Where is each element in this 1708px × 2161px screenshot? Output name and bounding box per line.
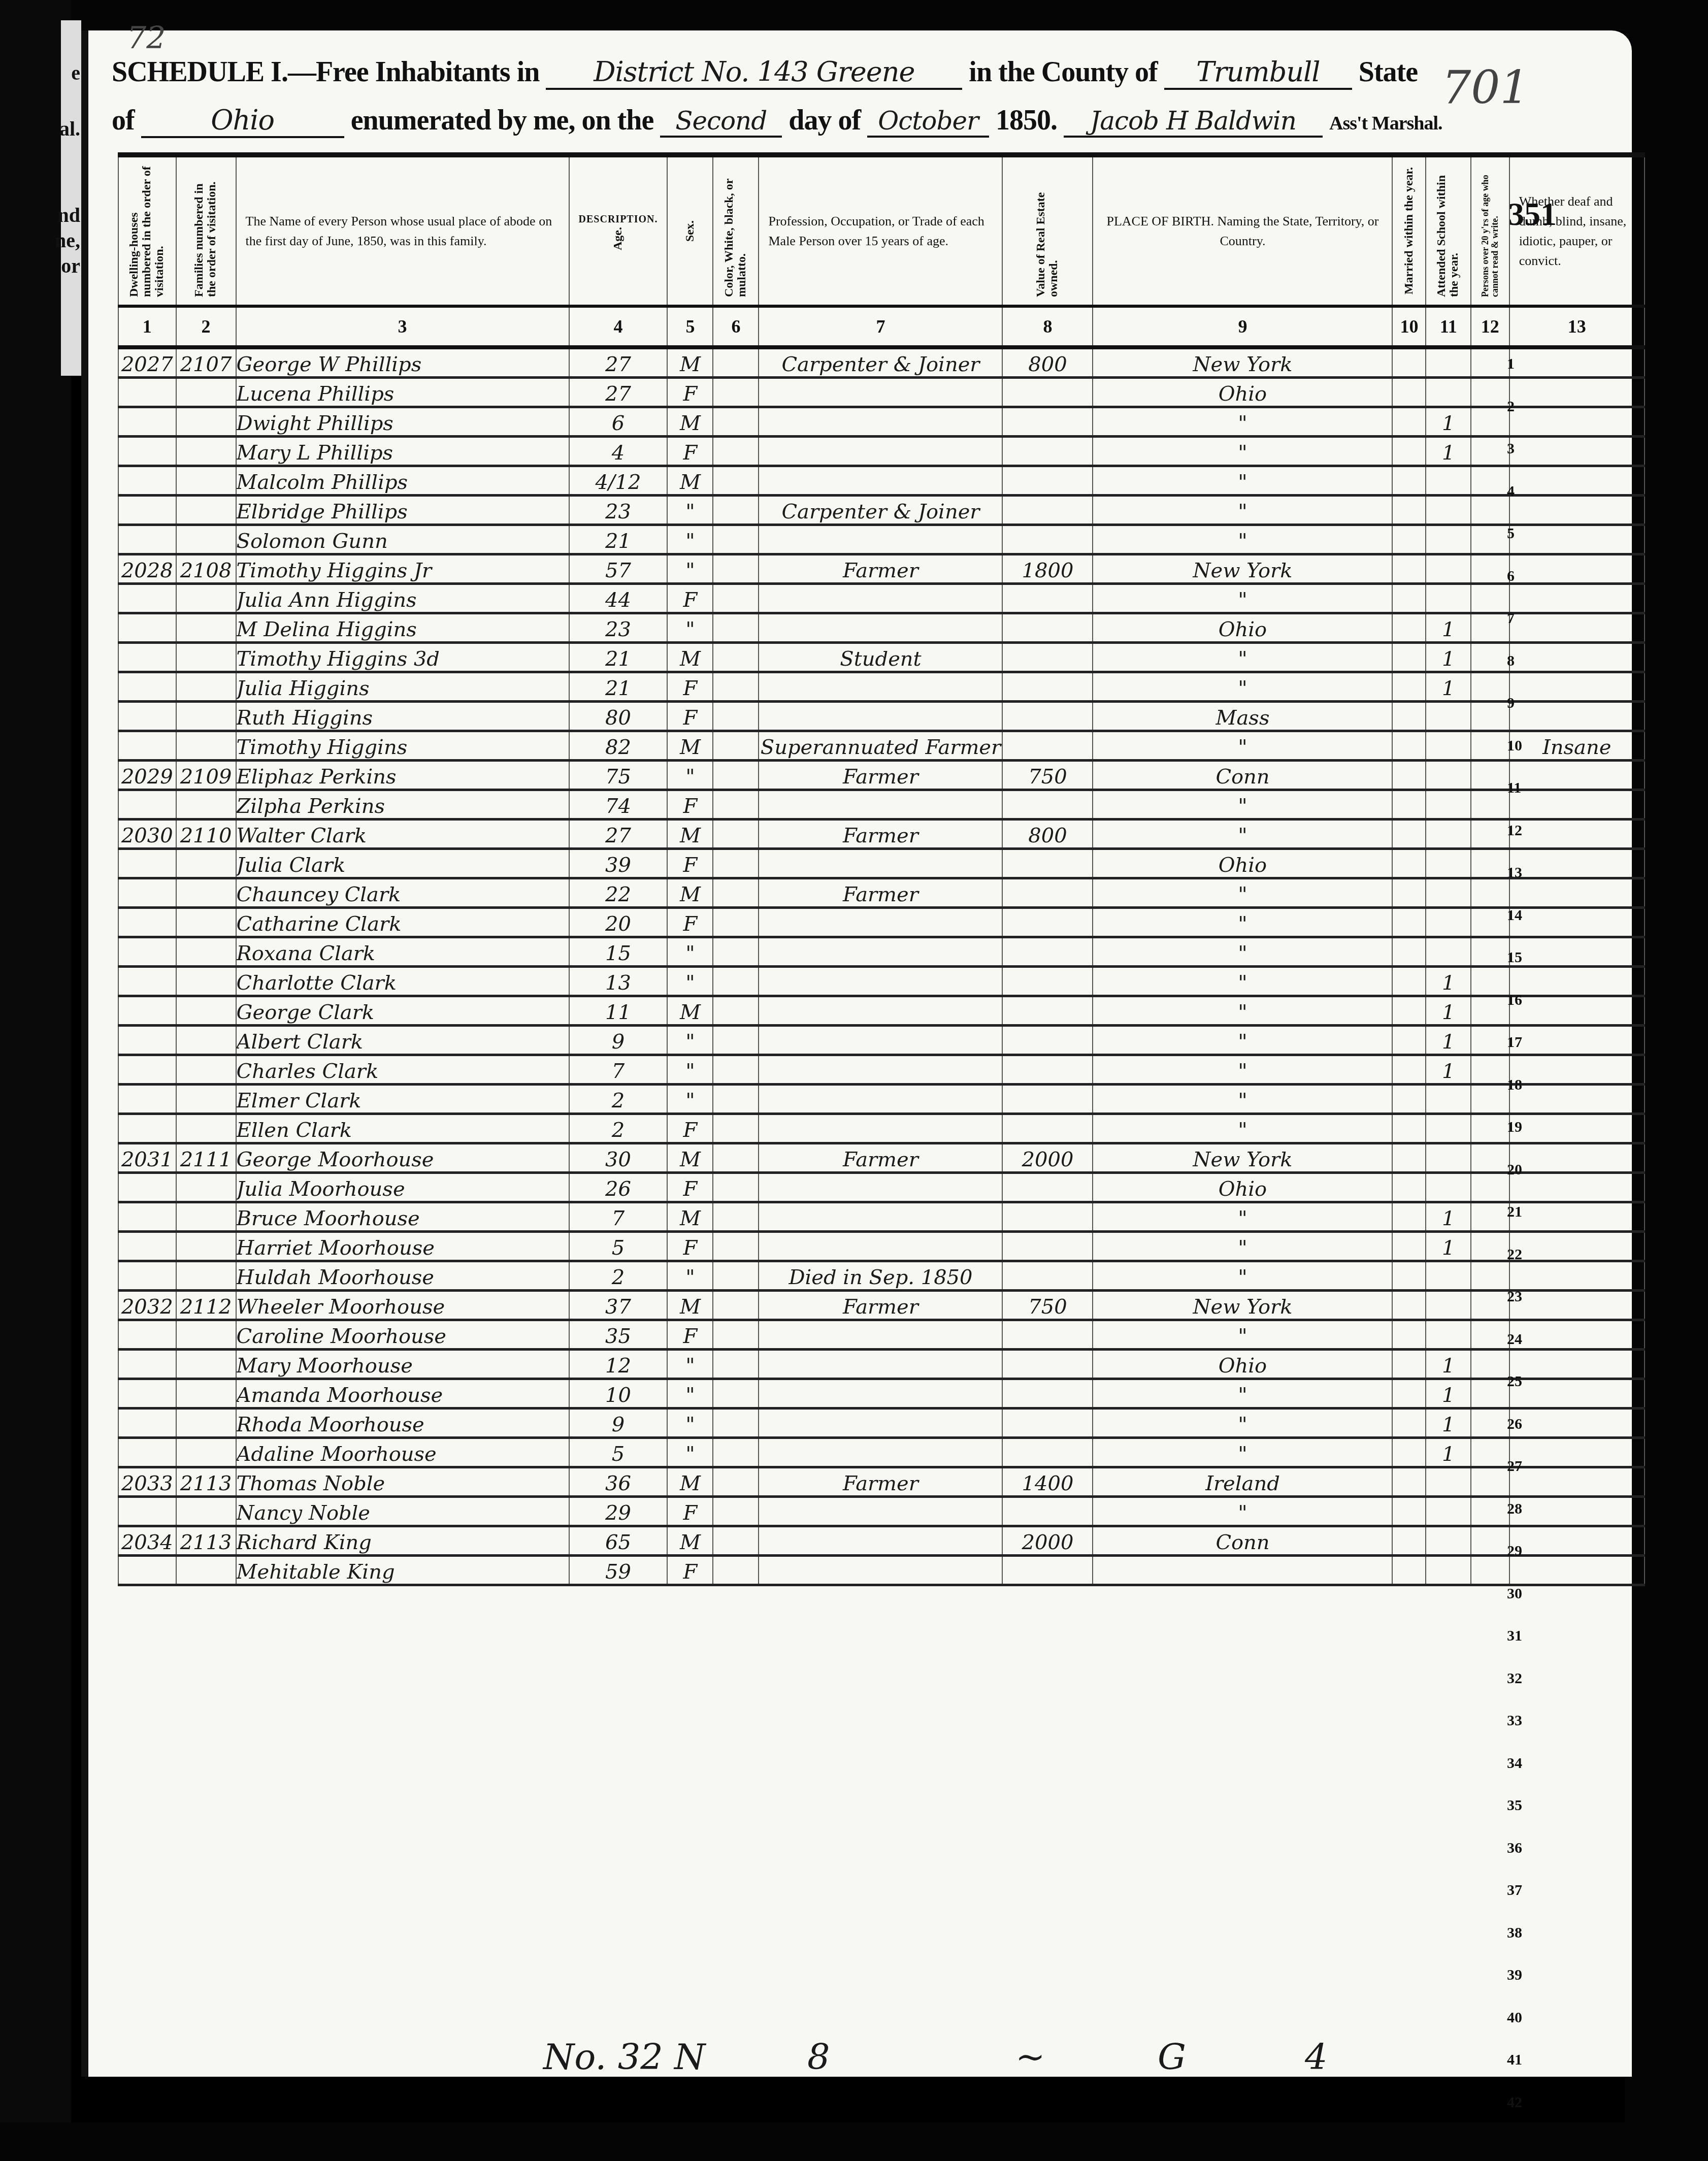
table-row: Lucena Phillips27FOhio <box>118 378 1645 407</box>
cell-sex: F <box>667 849 713 878</box>
cell-sex: " <box>667 496 713 525</box>
cell-condition <box>1509 1202 1645 1232</box>
cell-real-estate <box>1002 937 1093 967</box>
cell-color <box>713 1291 759 1320</box>
cell-age: 2 <box>569 1085 668 1114</box>
cell-occupation <box>759 1232 1002 1261</box>
adjacent-page-fragment: e al. nd ne, or <box>61 20 81 376</box>
scan-border-left <box>0 0 71 2161</box>
cell-real-estate <box>1002 525 1093 554</box>
cell-real-estate <box>1002 1055 1093 1085</box>
cell-sex: F <box>667 437 713 466</box>
cell-married <box>1392 1143 1426 1173</box>
cell-real-estate <box>1002 1379 1093 1409</box>
cell-illiterate <box>1471 1556 1509 1585</box>
cell-dwelling <box>118 1261 176 1291</box>
line-number: 14 <box>1507 907 1522 924</box>
cell-school <box>1426 554 1470 584</box>
cell-color <box>713 1085 759 1114</box>
cell-married <box>1392 702 1426 731</box>
cell-dwelling <box>118 849 176 878</box>
cell-color <box>713 1261 759 1291</box>
cell-family <box>176 1350 236 1379</box>
cell-school <box>1426 1526 1470 1556</box>
cell-dwelling <box>118 613 176 643</box>
col-sex-header: Sex. <box>667 155 713 306</box>
page-corner-mark: 72 <box>127 20 166 56</box>
cell-condition: Insane <box>1509 731 1645 761</box>
cell-illiterate <box>1471 1261 1509 1291</box>
cell-married <box>1392 437 1426 466</box>
cell-name: Adaline Moorhouse <box>236 1438 569 1467</box>
line-number: 29 <box>1507 1543 1522 1560</box>
cell-age: 27 <box>569 347 668 378</box>
table-row: Mehitable King59F <box>118 1556 1645 1585</box>
cell-name: Timothy Higgins <box>236 731 569 761</box>
cell-married <box>1392 1232 1426 1261</box>
cell-condition <box>1509 437 1645 466</box>
cell-sex: F <box>667 378 713 407</box>
col-condition-header: Whether deaf and dumb, blind, insane, id… <box>1509 155 1645 306</box>
cell-birthplace: " <box>1093 496 1392 525</box>
cell-school <box>1426 1291 1470 1320</box>
cell-sex: " <box>667 1055 713 1085</box>
cell-illiterate <box>1471 496 1509 525</box>
table-row: 20312111George Moorhouse30MFarmer2000New… <box>118 1143 1645 1173</box>
cell-illiterate <box>1471 525 1509 554</box>
cell-real-estate <box>1002 731 1093 761</box>
table-row: Chauncey Clark22MFarmer" <box>118 878 1645 908</box>
line-number: 30 <box>1507 1585 1522 1602</box>
cell-age: 2 <box>569 1114 668 1143</box>
cell-dwelling <box>118 731 176 761</box>
cell-condition <box>1509 1261 1645 1291</box>
cell-married <box>1392 1261 1426 1291</box>
cell-illiterate <box>1471 1143 1509 1173</box>
table-row: Julia Higgins21F"1 <box>118 672 1645 702</box>
cell-age: 9 <box>569 1026 668 1055</box>
cell-occupation <box>759 584 1002 613</box>
cell-real-estate <box>1002 702 1093 731</box>
cell-illiterate <box>1471 1497 1509 1526</box>
cell-illiterate <box>1471 996 1509 1026</box>
cell-name: Julia Moorhouse <box>236 1173 569 1202</box>
cell-school <box>1426 908 1470 937</box>
cell-occupation <box>759 1085 1002 1114</box>
table-row: M Delina Higgins23"Ohio1 <box>118 613 1645 643</box>
cell-name: Bruce Moorhouse <box>236 1202 569 1232</box>
cell-birthplace: " <box>1093 1320 1392 1350</box>
col-number: 9 <box>1093 306 1392 347</box>
cell-color <box>713 702 759 731</box>
cell-family <box>176 643 236 672</box>
cell-sex: F <box>667 702 713 731</box>
cell-age: 10 <box>569 1379 668 1409</box>
cell-real-estate <box>1002 967 1093 996</box>
cell-dwelling <box>118 1438 176 1467</box>
cell-occupation: Farmer <box>759 554 1002 584</box>
cell-occupation <box>759 672 1002 702</box>
cell-real-estate: 750 <box>1002 761 1093 790</box>
cell-occupation <box>759 1497 1002 1526</box>
cell-dwelling: 2033 <box>118 1467 176 1497</box>
cell-birthplace: New York <box>1093 1291 1392 1320</box>
cell-married <box>1392 407 1426 437</box>
cell-sex: F <box>667 584 713 613</box>
cell-dwelling <box>118 878 176 908</box>
cell-birthplace: " <box>1093 1085 1392 1114</box>
cell-occupation: Farmer <box>759 1291 1002 1320</box>
cell-name: Wheeler Moorhouse <box>236 1291 569 1320</box>
cell-illiterate <box>1471 761 1509 790</box>
col-school-header: Attended School within the year. <box>1426 155 1470 306</box>
cell-condition <box>1509 554 1645 584</box>
cell-color <box>713 1497 759 1526</box>
cell-school <box>1426 378 1470 407</box>
cell-birthplace: Ohio <box>1093 378 1392 407</box>
col-real-estate-header: Value of Real Estate owned. <box>1002 155 1093 306</box>
cell-illiterate <box>1471 1467 1509 1497</box>
cell-real-estate <box>1002 496 1093 525</box>
cell-illiterate <box>1471 702 1509 731</box>
cell-family: 2113 <box>176 1526 236 1556</box>
cell-age: 4/12 <box>569 466 668 496</box>
cell-birthplace: " <box>1093 878 1392 908</box>
cell-age: 44 <box>569 584 668 613</box>
cell-birthplace: " <box>1093 584 1392 613</box>
line-number: 41 <box>1507 2051 1522 2069</box>
cell-family <box>176 996 236 1026</box>
cell-real-estate <box>1002 878 1093 908</box>
cell-condition <box>1509 613 1645 643</box>
cell-sex: " <box>667 613 713 643</box>
cell-age: 11 <box>569 996 668 1026</box>
cell-occupation <box>759 1526 1002 1556</box>
cell-school: 1 <box>1426 1409 1470 1438</box>
cell-age: 2 <box>569 1261 668 1291</box>
cell-school <box>1426 820 1470 849</box>
cell-dwelling <box>118 1114 176 1143</box>
line-number: 2 <box>1507 398 1515 415</box>
cell-color <box>713 1438 759 1467</box>
cell-family <box>176 1085 236 1114</box>
table-row: Harriet Moorhouse5F"1 <box>118 1232 1645 1261</box>
cell-family <box>176 613 236 643</box>
cell-occupation <box>759 1114 1002 1143</box>
cell-school: 1 <box>1426 1055 1470 1085</box>
cell-illiterate <box>1471 1085 1509 1114</box>
cell-age: 6 <box>569 407 668 437</box>
cell-condition <box>1509 1232 1645 1261</box>
cell-married <box>1392 643 1426 672</box>
cell-occupation <box>759 437 1002 466</box>
cell-occupation <box>759 1379 1002 1409</box>
table-row: Huldah Moorhouse2"Died in Sep. 1850" <box>118 1261 1645 1291</box>
line-number: 10 <box>1507 737 1522 755</box>
cell-color <box>713 407 759 437</box>
cell-occupation <box>759 1173 1002 1202</box>
cell-sex: " <box>667 1350 713 1379</box>
cell-illiterate <box>1471 437 1509 466</box>
cell-family <box>176 849 236 878</box>
cell-illiterate <box>1471 1320 1509 1350</box>
cell-school: 1 <box>1426 613 1470 643</box>
cell-occupation <box>759 702 1002 731</box>
marshal-label: Ass't Marshal. <box>1329 113 1442 134</box>
cell-sex: M <box>667 1467 713 1497</box>
cell-real-estate: 800 <box>1002 347 1093 378</box>
cell-school: 1 <box>1426 1202 1470 1232</box>
cell-name: M Delina Higgins <box>236 613 569 643</box>
cell-school <box>1426 496 1470 525</box>
line-number: 5 <box>1507 525 1515 542</box>
cell-color <box>713 672 759 702</box>
cell-family <box>176 937 236 967</box>
table-row: Nancy Noble29F" <box>118 1497 1645 1526</box>
cell-condition <box>1509 1409 1645 1438</box>
cell-color <box>713 1467 759 1497</box>
cell-occupation <box>759 996 1002 1026</box>
cell-real-estate: 1800 <box>1002 554 1093 584</box>
cell-color <box>713 820 759 849</box>
cell-color <box>713 584 759 613</box>
cell-sex: M <box>667 347 713 378</box>
table-row: 20322112Wheeler Moorhouse37MFarmer750New… <box>118 1291 1645 1320</box>
cell-condition <box>1509 643 1645 672</box>
cell-illiterate <box>1471 1379 1509 1409</box>
fragment-text: nd <box>58 203 81 227</box>
cell-color <box>713 378 759 407</box>
cell-family <box>176 1320 236 1350</box>
cell-sex: M <box>667 1202 713 1232</box>
cell-sex: M <box>667 407 713 437</box>
col-number: 8 <box>1002 306 1093 347</box>
cell-condition <box>1509 1114 1645 1143</box>
cell-sex: F <box>667 1320 713 1350</box>
line-number: 23 <box>1507 1288 1522 1305</box>
cell-condition <box>1509 1291 1645 1320</box>
cell-married <box>1392 378 1426 407</box>
cell-real-estate <box>1002 1261 1093 1291</box>
table-row: Timothy Higgins 3d21MStudent"1 <box>118 643 1645 672</box>
line-number: 27 <box>1507 1458 1522 1475</box>
of-label: of <box>112 105 135 136</box>
table-row: Elbridge Phillips23"Carpenter & Joiner" <box>118 496 1645 525</box>
cell-occupation: Farmer <box>759 820 1002 849</box>
cell-illiterate <box>1471 1026 1509 1055</box>
table-row: Roxana Clark15"" <box>118 937 1645 967</box>
cell-real-estate <box>1002 1409 1093 1438</box>
cell-family <box>176 1497 236 1526</box>
cell-married <box>1392 1291 1426 1320</box>
cell-married <box>1392 1026 1426 1055</box>
cell-married <box>1392 849 1426 878</box>
cell-occupation: Farmer <box>759 878 1002 908</box>
year: 1850. <box>996 105 1057 136</box>
cell-real-estate <box>1002 378 1093 407</box>
cell-occupation: Carpenter & Joiner <box>759 496 1002 525</box>
col-number: 2 <box>176 306 236 347</box>
cell-age: 7 <box>569 1055 668 1085</box>
cell-age: 5 <box>569 1438 668 1467</box>
cell-married <box>1392 790 1426 820</box>
line-number: 36 <box>1507 1840 1522 1857</box>
cell-sex: " <box>667 1026 713 1055</box>
cell-school <box>1426 878 1470 908</box>
cell-married <box>1392 820 1426 849</box>
cell-birthplace: " <box>1093 1409 1392 1438</box>
cell-married <box>1392 908 1426 937</box>
cell-color <box>713 731 759 761</box>
table-row: Ruth Higgins80FMass <box>118 702 1645 731</box>
cell-name: Zilpha Perkins <box>236 790 569 820</box>
cell-illiterate <box>1471 908 1509 937</box>
cell-real-estate <box>1002 790 1093 820</box>
line-number: 34 <box>1507 1755 1522 1772</box>
cell-birthplace: " <box>1093 672 1392 702</box>
cell-sex: " <box>667 554 713 584</box>
cell-dwelling <box>118 378 176 407</box>
cell-family <box>176 407 236 437</box>
handwritten-page-number: 701 <box>1442 61 1529 114</box>
cell-school: 1 <box>1426 407 1470 437</box>
cell-school: 1 <box>1426 996 1470 1026</box>
table-row: Timothy Higgins82MSuperannuated Farmer"I… <box>118 731 1645 761</box>
cell-occupation <box>759 1556 1002 1585</box>
cell-birthplace: " <box>1093 996 1392 1026</box>
cell-family <box>176 1261 236 1291</box>
table-row: Julia Ann Higgins44F" <box>118 584 1645 613</box>
cell-name: Eliphaz Perkins <box>236 761 569 790</box>
line-number: 31 <box>1507 1627 1522 1645</box>
cell-sex: " <box>667 1261 713 1291</box>
cell-color <box>713 1409 759 1438</box>
cell-school: 1 <box>1426 672 1470 702</box>
cell-married <box>1392 1055 1426 1085</box>
cell-family <box>176 1202 236 1232</box>
cell-family <box>176 1409 236 1438</box>
cell-married <box>1392 1173 1426 1202</box>
cell-real-estate <box>1002 1114 1093 1143</box>
cell-birthplace: " <box>1093 1438 1392 1467</box>
cell-birthplace <box>1093 1556 1392 1585</box>
cell-name: George Moorhouse <box>236 1143 569 1173</box>
cell-birthplace: Ohio <box>1093 613 1392 643</box>
cell-married <box>1392 1467 1426 1497</box>
cell-color <box>713 967 759 996</box>
cell-birthplace: " <box>1093 1261 1392 1291</box>
cell-family <box>176 967 236 996</box>
cell-sex: F <box>667 908 713 937</box>
cell-age: 57 <box>569 554 668 584</box>
cell-family <box>176 1114 236 1143</box>
cell-school <box>1426 1143 1470 1173</box>
cell-dwelling <box>118 1379 176 1409</box>
cell-dwelling <box>118 702 176 731</box>
cell-real-estate <box>1002 1026 1093 1055</box>
table-row: Charles Clark7""1 <box>118 1055 1645 1085</box>
cell-name: Walter Clark <box>236 820 569 849</box>
cell-illiterate <box>1471 1055 1509 1085</box>
cell-family <box>176 1438 236 1467</box>
cell-real-estate <box>1002 584 1093 613</box>
cell-real-estate <box>1002 466 1093 496</box>
cell-family <box>176 1055 236 1085</box>
cell-real-estate <box>1002 1438 1093 1467</box>
enumerated-label: enumerated by me, on the <box>351 105 654 136</box>
cell-name: Amanda Moorhouse <box>236 1379 569 1409</box>
cell-birthplace: " <box>1093 967 1392 996</box>
cell-occupation <box>759 967 1002 996</box>
cell-name: Timothy Higgins 3d <box>236 643 569 672</box>
cell-occupation <box>759 849 1002 878</box>
cell-sex: F <box>667 672 713 702</box>
cell-condition <box>1509 496 1645 525</box>
cell-condition <box>1509 702 1645 731</box>
cell-family <box>176 1379 236 1409</box>
cell-name: Elmer Clark <box>236 1085 569 1114</box>
cell-family <box>176 378 236 407</box>
cell-illiterate <box>1471 731 1509 761</box>
cell-age: 12 <box>569 1350 668 1379</box>
cell-family: 2108 <box>176 554 236 584</box>
cell-age: 9 <box>569 1409 668 1438</box>
col-birthplace-header: PLACE OF BIRTH. Naming the State, Territ… <box>1093 155 1392 306</box>
cell-real-estate: 800 <box>1002 820 1093 849</box>
cell-birthplace: " <box>1093 525 1392 554</box>
cell-school <box>1426 1467 1470 1497</box>
cell-sex: " <box>667 1085 713 1114</box>
cell-dwelling <box>118 1202 176 1232</box>
table-row: Amanda Moorhouse10""1 <box>118 1379 1645 1409</box>
cell-school <box>1426 1173 1470 1202</box>
col-occupation-header: Profession, Occupation, or Trade of each… <box>759 155 1002 306</box>
cell-name: Solomon Gunn <box>236 525 569 554</box>
cell-school: 1 <box>1426 1438 1470 1467</box>
line-number: 6 <box>1507 568 1515 585</box>
cell-family <box>176 466 236 496</box>
cell-birthplace: " <box>1093 908 1392 937</box>
cell-age: 74 <box>569 790 668 820</box>
cell-dwelling <box>118 1055 176 1085</box>
cell-married <box>1392 613 1426 643</box>
line-number: 12 <box>1507 822 1522 839</box>
cell-sex: F <box>667 1497 713 1526</box>
fragment-text: or <box>61 254 80 278</box>
cell-birthplace: " <box>1093 820 1392 849</box>
cell-family <box>176 525 236 554</box>
cell-occupation: Superannuated Farmer <box>759 731 1002 761</box>
cell-color <box>713 1556 759 1585</box>
state-label: State <box>1359 56 1418 88</box>
cell-sex: " <box>667 1409 713 1438</box>
cell-family <box>176 731 236 761</box>
cell-school <box>1426 790 1470 820</box>
fragment-text: ne, <box>55 228 80 252</box>
col-number: 4 <box>569 306 668 347</box>
cell-age: 5 <box>569 1232 668 1261</box>
scan-border-top <box>0 0 1708 31</box>
cell-school <box>1426 347 1470 378</box>
cell-family <box>176 702 236 731</box>
cell-color <box>713 1232 759 1261</box>
cell-sex: M <box>667 643 713 672</box>
cell-name: Julia Ann Higgins <box>236 584 569 613</box>
cell-color <box>713 643 759 672</box>
cell-school <box>1426 761 1470 790</box>
county-field: Trumbull <box>1164 56 1352 90</box>
cell-sex: M <box>667 1526 713 1556</box>
